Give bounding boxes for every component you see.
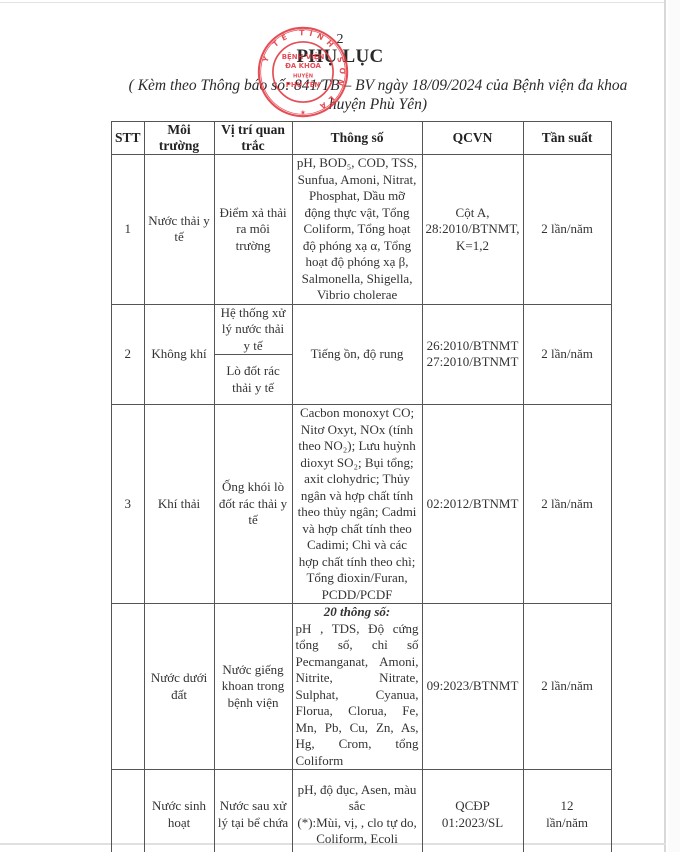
- cell-frequency: 2 lần/năm: [523, 304, 611, 405]
- table-header-row: STT Môi trường Vị trí quan trắc Thông số…: [112, 122, 612, 155]
- cell-environment: Nước dưới đất: [144, 604, 214, 770]
- cell-location: Nước giếng khoan trong bệnh viện: [214, 604, 292, 770]
- header-environment: Môi trường: [144, 122, 214, 155]
- cell-qcvn: 26:2010/BTNMT 27:2010/BTNMT: [422, 304, 523, 405]
- cell-parameters: Tiếng ồn, độ rung: [292, 304, 422, 405]
- cell-qcvn: 02:2012/BTNMT: [422, 405, 523, 604]
- table-row: 2 Không khí Hệ thống xử lý nước thải y t…: [112, 304, 612, 355]
- cell-parameters: 20 thông số: pH , TDS, Độ cứng tổng số, …: [292, 604, 422, 770]
- cell-location: Nước sau xử lý tại bể chứa: [214, 770, 292, 852]
- table-row: 1 Nước thải y tế Điểm xả thải ra môi trư…: [112, 155, 612, 305]
- cell-location: Điểm xả thải ra môi trường: [214, 155, 292, 305]
- page-title: PHỤ LỤC: [0, 46, 680, 68]
- cell-environment: Nước sinh hoạt: [144, 770, 214, 852]
- header-parameters: Thông số: [292, 122, 422, 155]
- header-stt: STT: [112, 122, 145, 155]
- page-border-top: [0, 2, 665, 3]
- cell-stt: 2: [112, 304, 145, 405]
- subtitle-line-1: ( Kèm theo Thông báo số: 841/TB – BV ngà…: [118, 76, 638, 95]
- cell-frequency: 2 lần/năm: [523, 405, 611, 604]
- cell-environment: Khí thải: [144, 405, 214, 604]
- cell-parameters: pH, BOD₅, COD, TSS, Sunfua, Amoni, Nitra…: [292, 155, 422, 305]
- cell-qcvn: QCĐP 01:2023/SL: [422, 770, 523, 852]
- page-border-right: [664, 0, 666, 852]
- header-location: Vị trí quan trắc: [214, 122, 292, 155]
- subtitle-line-2: huyện Phù Yên): [118, 95, 638, 114]
- page-subtitle: ( Kèm theo Thông báo số: 841/TB – BV ngà…: [118, 76, 638, 114]
- cell-stt: 1: [112, 155, 145, 305]
- cell-frequency: 2 lần/năm: [523, 604, 611, 770]
- table-row: Nước dưới đất Nước giếng khoan trong bện…: [112, 604, 612, 770]
- cell-parameters: pH, độ đục, Asen, màu sắc (*):Mùi, vị, ,…: [292, 770, 422, 852]
- cell-environment: Nước thải y tế: [144, 155, 214, 305]
- cell-location: Lò đốt rác thải y tế: [214, 355, 292, 405]
- header-qcvn: QCVN: [422, 122, 523, 155]
- cell-frequency: 12 lần/năm: [523, 770, 611, 852]
- cell-location: Hệ thống xử lý nước thải y tế: [214, 304, 292, 355]
- monitoring-table: STT Môi trường Vị trí quan trắc Thông số…: [111, 121, 612, 852]
- parameters-heading: 20 thông số:: [296, 604, 419, 621]
- cell-environment: Không khí: [144, 304, 214, 405]
- parameters-list: pH , TDS, Độ cứng tổng số, chỉ số Pecman…: [296, 621, 419, 768]
- table-row: 3 Khí thải Ống khói lò đốt rác thải y tế…: [112, 405, 612, 604]
- cell-stt: 3: [112, 405, 145, 604]
- cell-parameters: Cacbon monoxyt CO; Nitơ Oxyt, NOx (tính …: [292, 405, 422, 604]
- cell-stt: [112, 604, 145, 770]
- cell-qcvn: 09:2023/BTNMT: [422, 604, 523, 770]
- cell-qcvn: Cột A, 28:2010/BTNMT, K=1,2: [422, 155, 523, 305]
- cell-frequency: 2 lần/năm: [523, 155, 611, 305]
- header-frequency: Tần suất: [523, 122, 611, 155]
- cell-stt: [112, 770, 145, 852]
- page-edge: [668, 0, 680, 852]
- cell-location: Ống khói lò đốt rác thải y tế: [214, 405, 292, 604]
- table-row: Nước sinh hoạt Nước sau xử lý tại bể chứ…: [112, 770, 612, 852]
